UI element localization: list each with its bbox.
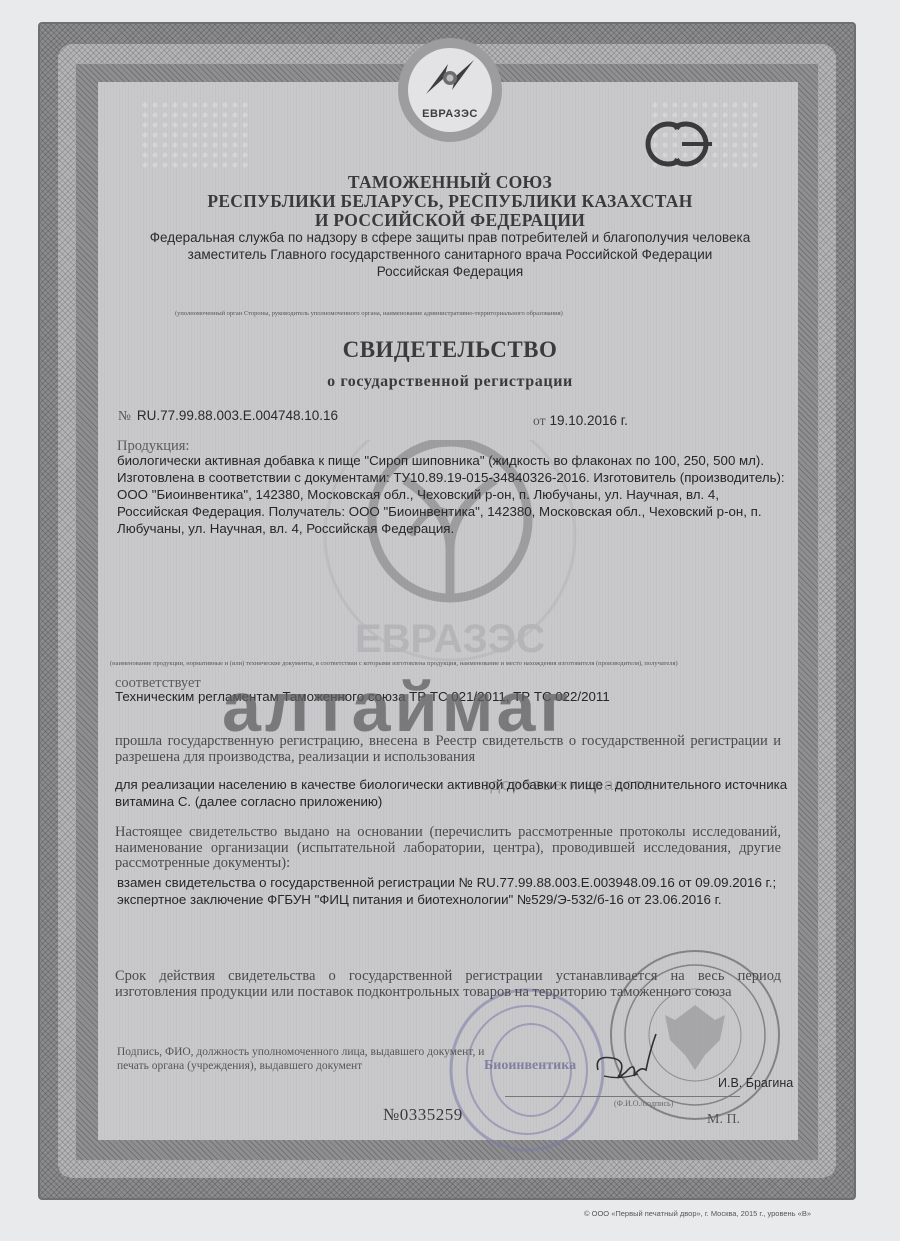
- serial-number: №0335259: [383, 1105, 463, 1125]
- registration-date-value: 19.10.2016 г.: [549, 413, 627, 428]
- registration-date: от19.10.2016 г.: [533, 413, 628, 429]
- eaes-swoosh-icon: [424, 56, 476, 104]
- document-title: СВИДЕТЕЛЬСТВО: [100, 337, 800, 363]
- eaes-label: ЕВРАЗЭС: [408, 108, 492, 120]
- stamp-org-name: Биоинвентика: [484, 1058, 576, 1074]
- authority-caption: (уполномоченный орган Стороны, руководит…: [175, 310, 563, 317]
- eaes-emblem: ЕВРАЗЭС: [398, 38, 502, 142]
- header-country: Российская Федерация: [100, 263, 800, 280]
- product-caption: (наименование продукции, нормативные и (…: [110, 660, 678, 667]
- signature-label: Подпись, ФИО, должность уполномоченного …: [117, 1046, 487, 1073]
- product-description: биологически активная добавка к пище "Си…: [117, 452, 787, 537]
- signature-line: [505, 1096, 740, 1097]
- handwritten-signature: [590, 1030, 670, 1090]
- registration-number-value: RU.77.99.88.003.Е.004748.10.16: [137, 408, 338, 423]
- document-subtitle: о государственной регистрации: [100, 373, 800, 391]
- header-agency: Федеральная служба по надзору в сфере за…: [95, 229, 805, 246]
- date-label: от: [533, 413, 545, 428]
- usage-text: для реализации населению в качестве биол…: [115, 776, 795, 810]
- header-union: ТАМОЖЕННЫЙ СОЮЗ: [100, 172, 800, 192]
- registration-statement: прошла государственную регистрацию, внес…: [115, 734, 781, 765]
- double-headed-eagle-icon: [665, 1005, 725, 1070]
- registration-number: №RU.77.99.88.003.Е.004748.10.16: [118, 408, 338, 424]
- header-members-line1: РЕСПУБЛИКИ БЕЛАРУСЬ, РЕСПУБЛИКИ КАЗАХСТА…: [100, 191, 800, 211]
- printer-copyright: © ООО «Первый печатный двор», г. Москва,…: [584, 1209, 811, 1218]
- conformity-mark-icon: [640, 118, 720, 170]
- watermark-brand: алтаймаг: [222, 672, 573, 742]
- header-official: заместитель Главного государственного са…: [100, 246, 800, 263]
- signer-name: И.В. Брагина: [718, 1076, 793, 1090]
- seal-placeholder-mark: М. П.: [707, 1112, 740, 1128]
- header-members-line2: И РОССИЙСКОЙ ФЕДЕРАЦИИ: [100, 210, 800, 230]
- number-sign-label: №: [118, 408, 131, 423]
- svg-text:ЕВРАЗЭС: ЕВРАЗЭС: [355, 617, 545, 661]
- basis-text: взамен свидетельства о государственной р…: [117, 874, 789, 908]
- decorative-pattern: [140, 100, 250, 170]
- validity-text: Срок действия свидетельства о государств…: [115, 969, 781, 1000]
- signature-line-caption: (Ф.И.О./подпись): [614, 1099, 673, 1108]
- basis-label: Настоящее свидетельство выдано на основа…: [115, 825, 781, 872]
